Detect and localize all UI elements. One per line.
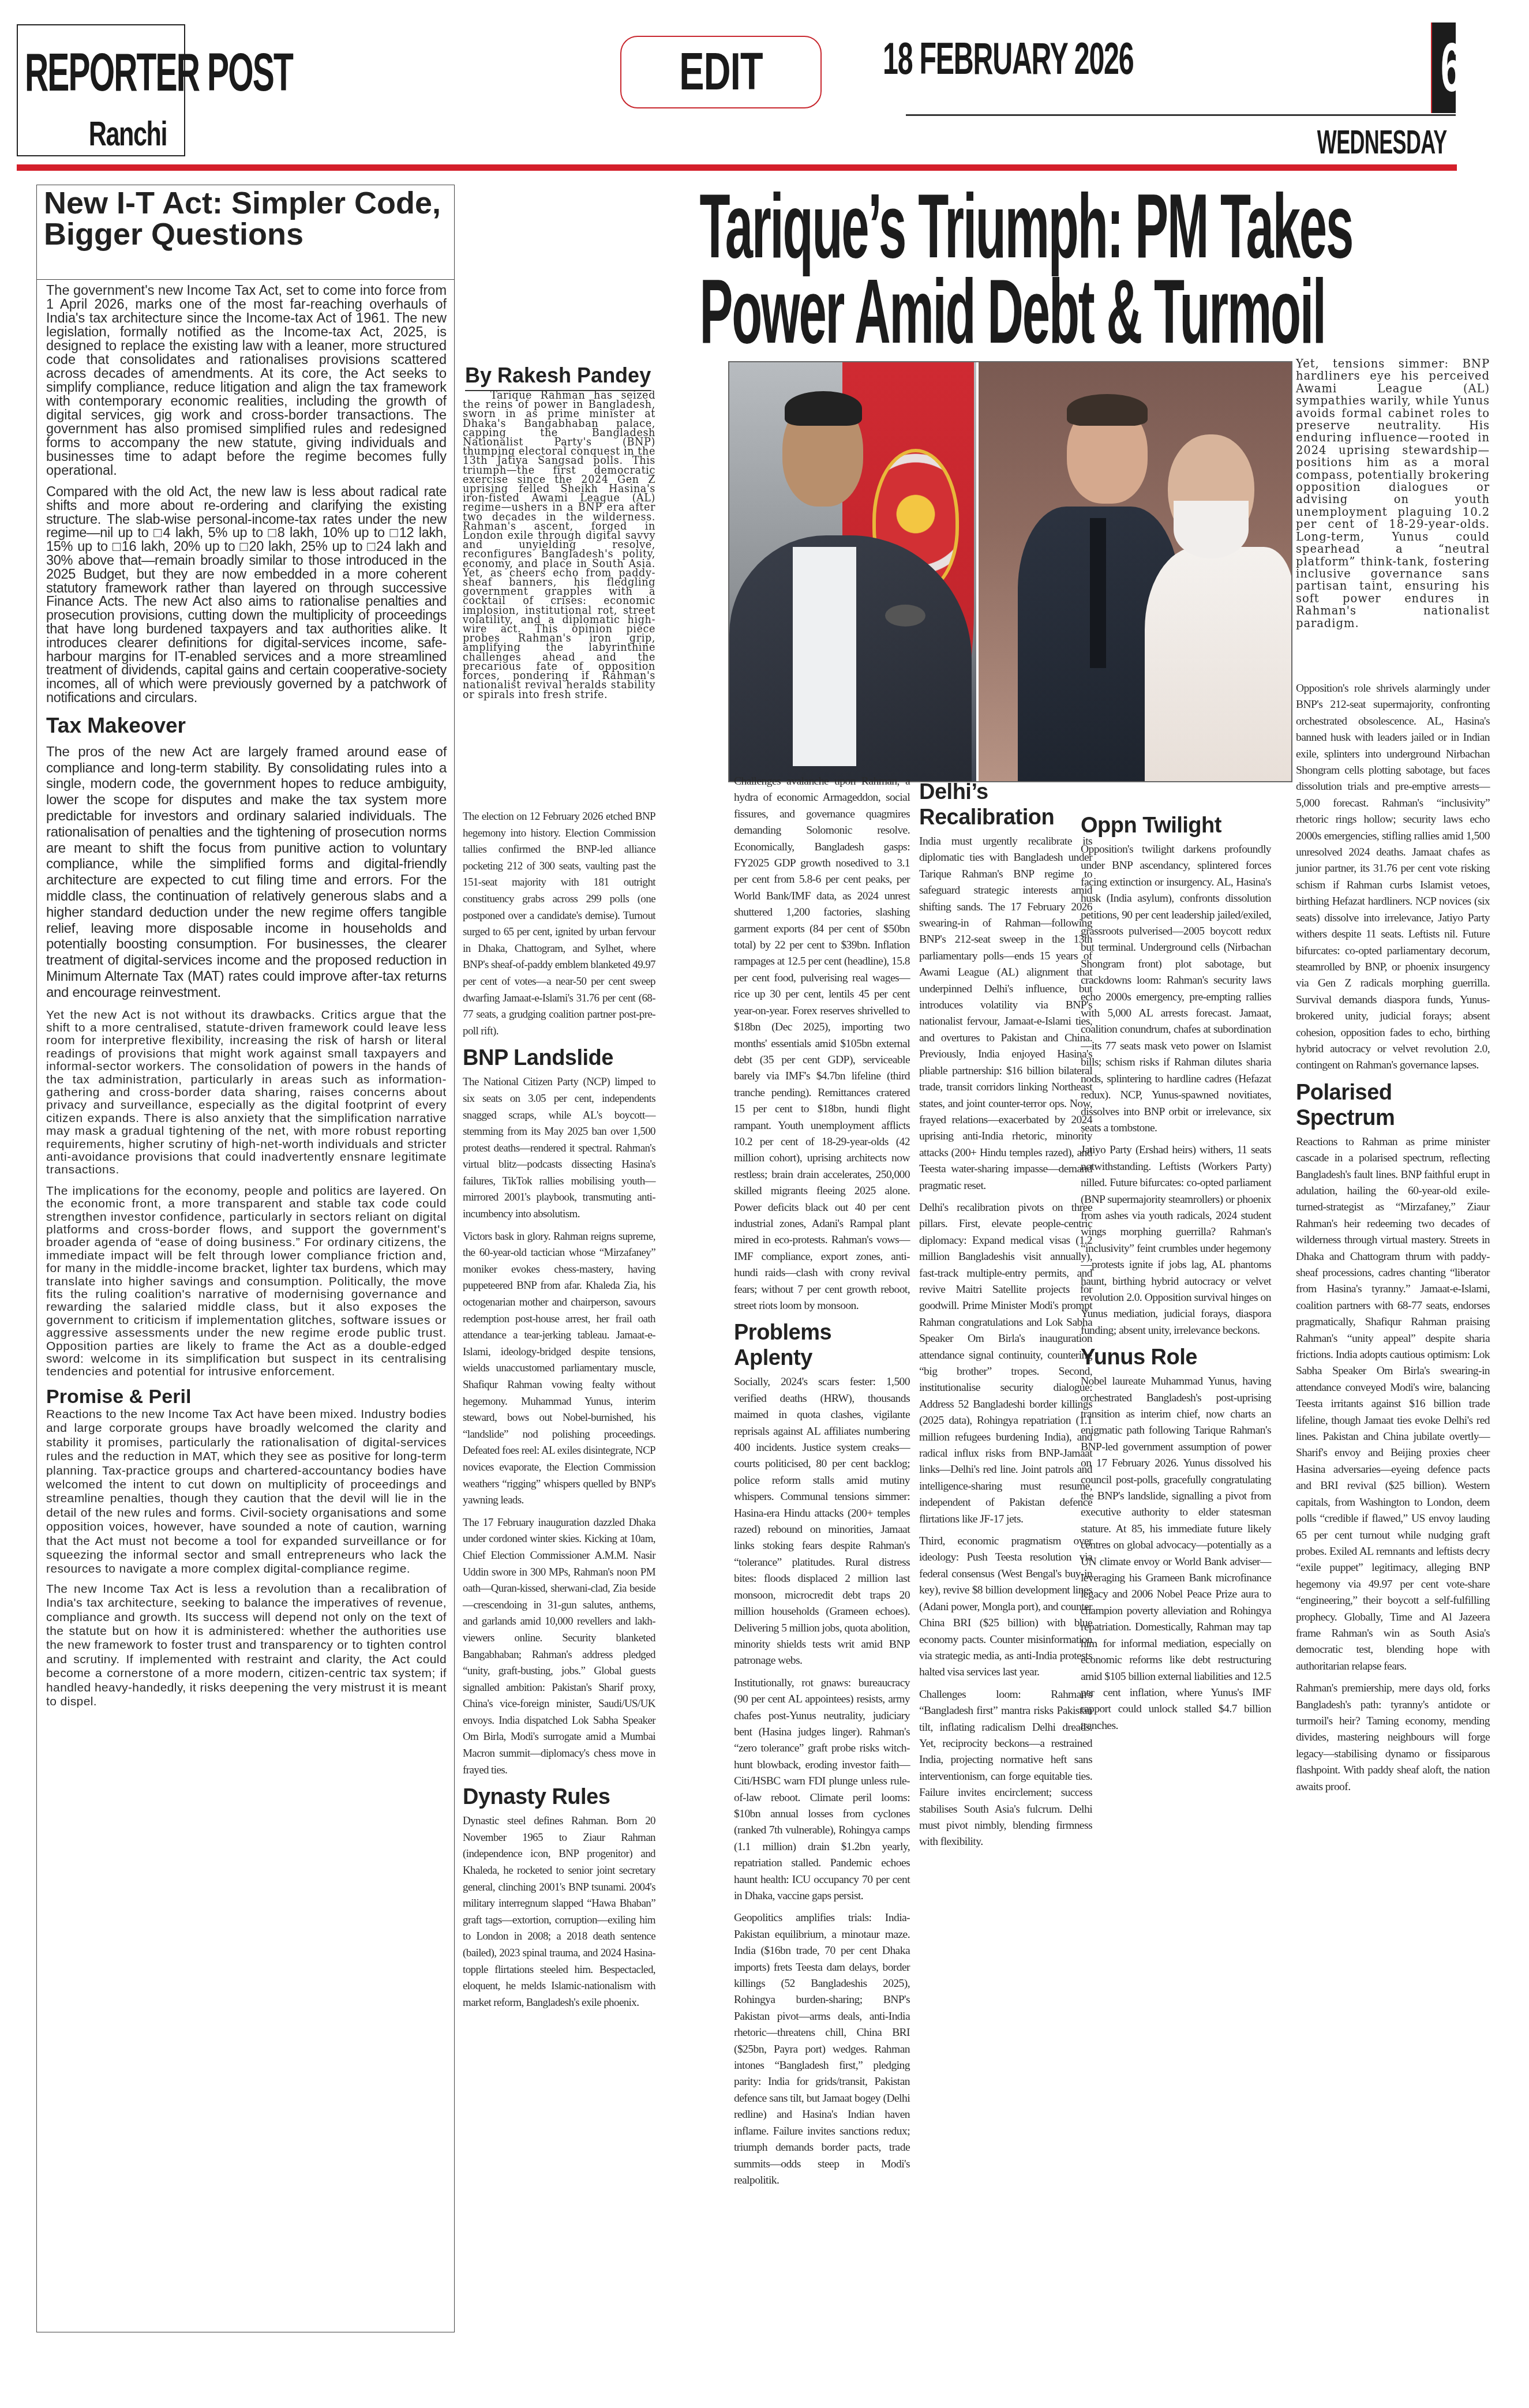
byline: By Rakesh Pandey [465,362,651,391]
section-heading: Yunus Role [1081,1345,1271,1370]
masthead-logo-box: REPORTER POST Ranchi [17,24,185,156]
article-paragraph: India must urgently recalibrate its dipl… [919,834,1092,1194]
article-column-5-top: Yet, tensions simmer: BNP hardliners eye… [1296,358,1490,635]
tie-shape [1090,518,1106,668]
article-paragraph: Challenges avalanche upon Rahman, a hydr… [734,774,910,1314]
issue-weekday: WEDNESDAY [1317,126,1447,159]
microphone-icon [885,605,925,627]
main-headline-line-1: Tarique’s Triumph: PM Takes [699,183,1288,269]
article-paragraph: Opposition's twilight darkens profoundly… [1081,842,1271,1137]
main-headline-line-2: Power Amid Debt & Turmoil [699,269,1288,354]
article-paragraph: Compared with the old Act, the new law i… [46,485,447,705]
article-paragraph: The implications for the economy, people… [46,1185,447,1379]
article-paragraph: Reactions to the new Income Tax Act have… [46,1408,447,1577]
page-number: 6 [1441,22,1462,113]
article-paragraph: Nobel laureate Muhammad Yunus, having or… [1081,1374,1271,1734]
article-paragraph: Geopolitics amplifies trials: India-Paki… [734,1910,910,2189]
shirt-shape [793,547,856,766]
section-label: EDIT [679,46,763,98]
article-paragraph: Tarique Rahman has seized the reins of p… [463,391,655,700]
article-column-1-intro: Tarique Rahman has seized the reins of p… [463,391,655,706]
masthead-red-rule [17,164,1457,171]
kurta-shape [1145,547,1292,782]
article-column-1: The election on 12 February 2026 etched … [463,809,655,2017]
section-label-box: EDIT [620,36,822,108]
newspaper-title: REPORTER POST [25,46,125,99]
lead-photo [728,361,1292,782]
article-paragraph: Delhi's recalibration pivots on three pi… [919,1200,1092,1528]
article-paragraph: The National Citizen Party (NCP) limped … [463,1074,655,1222]
article-paragraph: The new Income Tax Act is less a revolut… [46,1582,447,1709]
section-heading: BNP Landslide [463,1045,655,1071]
article-paragraph: Reactions to Rahman as prime minister ca… [1296,1134,1490,1675]
article-column-4: Oppn Twilight Opposition's twilight dark… [1081,807,1271,1740]
article-paragraph: Yet the new Act is not without its drawb… [46,1009,447,1177]
section-heading: Tax Makeover [46,713,447,738]
article-column-3: Delhi’s Recalibration India must urgentl… [919,774,1092,1856]
section-heading: Polarised Spectrum [1296,1080,1490,1131]
photo-tarique-rahman [729,362,976,781]
article-paragraph: Jatiyo Party (Ershad heirs) withers, 11 … [1081,1142,1271,1339]
sidebar-headline-box: New I-T Act: Simpler Code, Bigger Questi… [37,185,454,280]
issue-date: 18 FEBRUARY 2026 [883,36,1037,81]
article-column-5: Opposition's role shrivels alarmingly un… [1296,681,1490,1801]
hair-shape [1067,394,1148,426]
article-paragraph: Yet, tensions simmer: BNP hardliners eye… [1296,358,1490,629]
section-heading: Promise & Peril [46,1387,447,1406]
article-paragraph: Third, economic pragmatism over ideology… [919,1533,1092,1681]
page-number-badge: 6 [1431,22,1456,113]
article-paragraph: The pros of the new Act are largely fram… [46,744,447,1001]
article-paragraph: Victors bask in glory. Rahman reigns sup… [463,1229,655,1509]
section-heading: Delhi’s Recalibration [919,779,1092,830]
date-divider [906,114,1456,116]
edition-city: Ranchi [89,117,167,151]
article-column-2: Challenges avalanche upon Rahman, a hydr… [734,774,910,2195]
section-heading: Dynasty Rules [463,1784,655,1810]
article-paragraph: The government's new Income Tax Act, set… [46,283,447,477]
article-paragraph: Socially, 2024's scars fester: 1,500 ver… [734,1374,910,1669]
sidebar-headline: New I-T Act: Simpler Code, Bigger Questi… [44,187,448,250]
section-heading: Problems Aplenty [734,1320,910,1371]
beard-shape [1174,501,1249,558]
main-headline: Tarique’s Triumph: PM Takes Power Amid D… [459,183,1529,354]
article-paragraph: Institutionally, rot gnaws: bureaucracy … [734,1675,910,1905]
hair-shape [785,391,862,426]
article-paragraph: The 17 February inauguration dazzled Dha… [463,1515,655,1779]
article-paragraph: Rahman's premiership, mere days old, for… [1296,1681,1490,1795]
article-paragraph: The election on 12 February 2026 etched … [463,809,655,1040]
article-paragraph: Opposition's role shrivels alarmingly un… [1296,681,1490,1074]
article-paragraph: Challenges loom: Rahman's “Bangladesh fi… [919,1687,1092,1851]
section-heading: Oppn Twilight [1081,813,1271,838]
sidebar-article: New I-T Act: Simpler Code, Bigger Questi… [36,185,455,2332]
sidebar-article-body: The government's new Income Tax Act, set… [46,283,447,1717]
article-paragraph: Dynastic steel defines Rahman. Born 20 N… [463,1813,655,2011]
